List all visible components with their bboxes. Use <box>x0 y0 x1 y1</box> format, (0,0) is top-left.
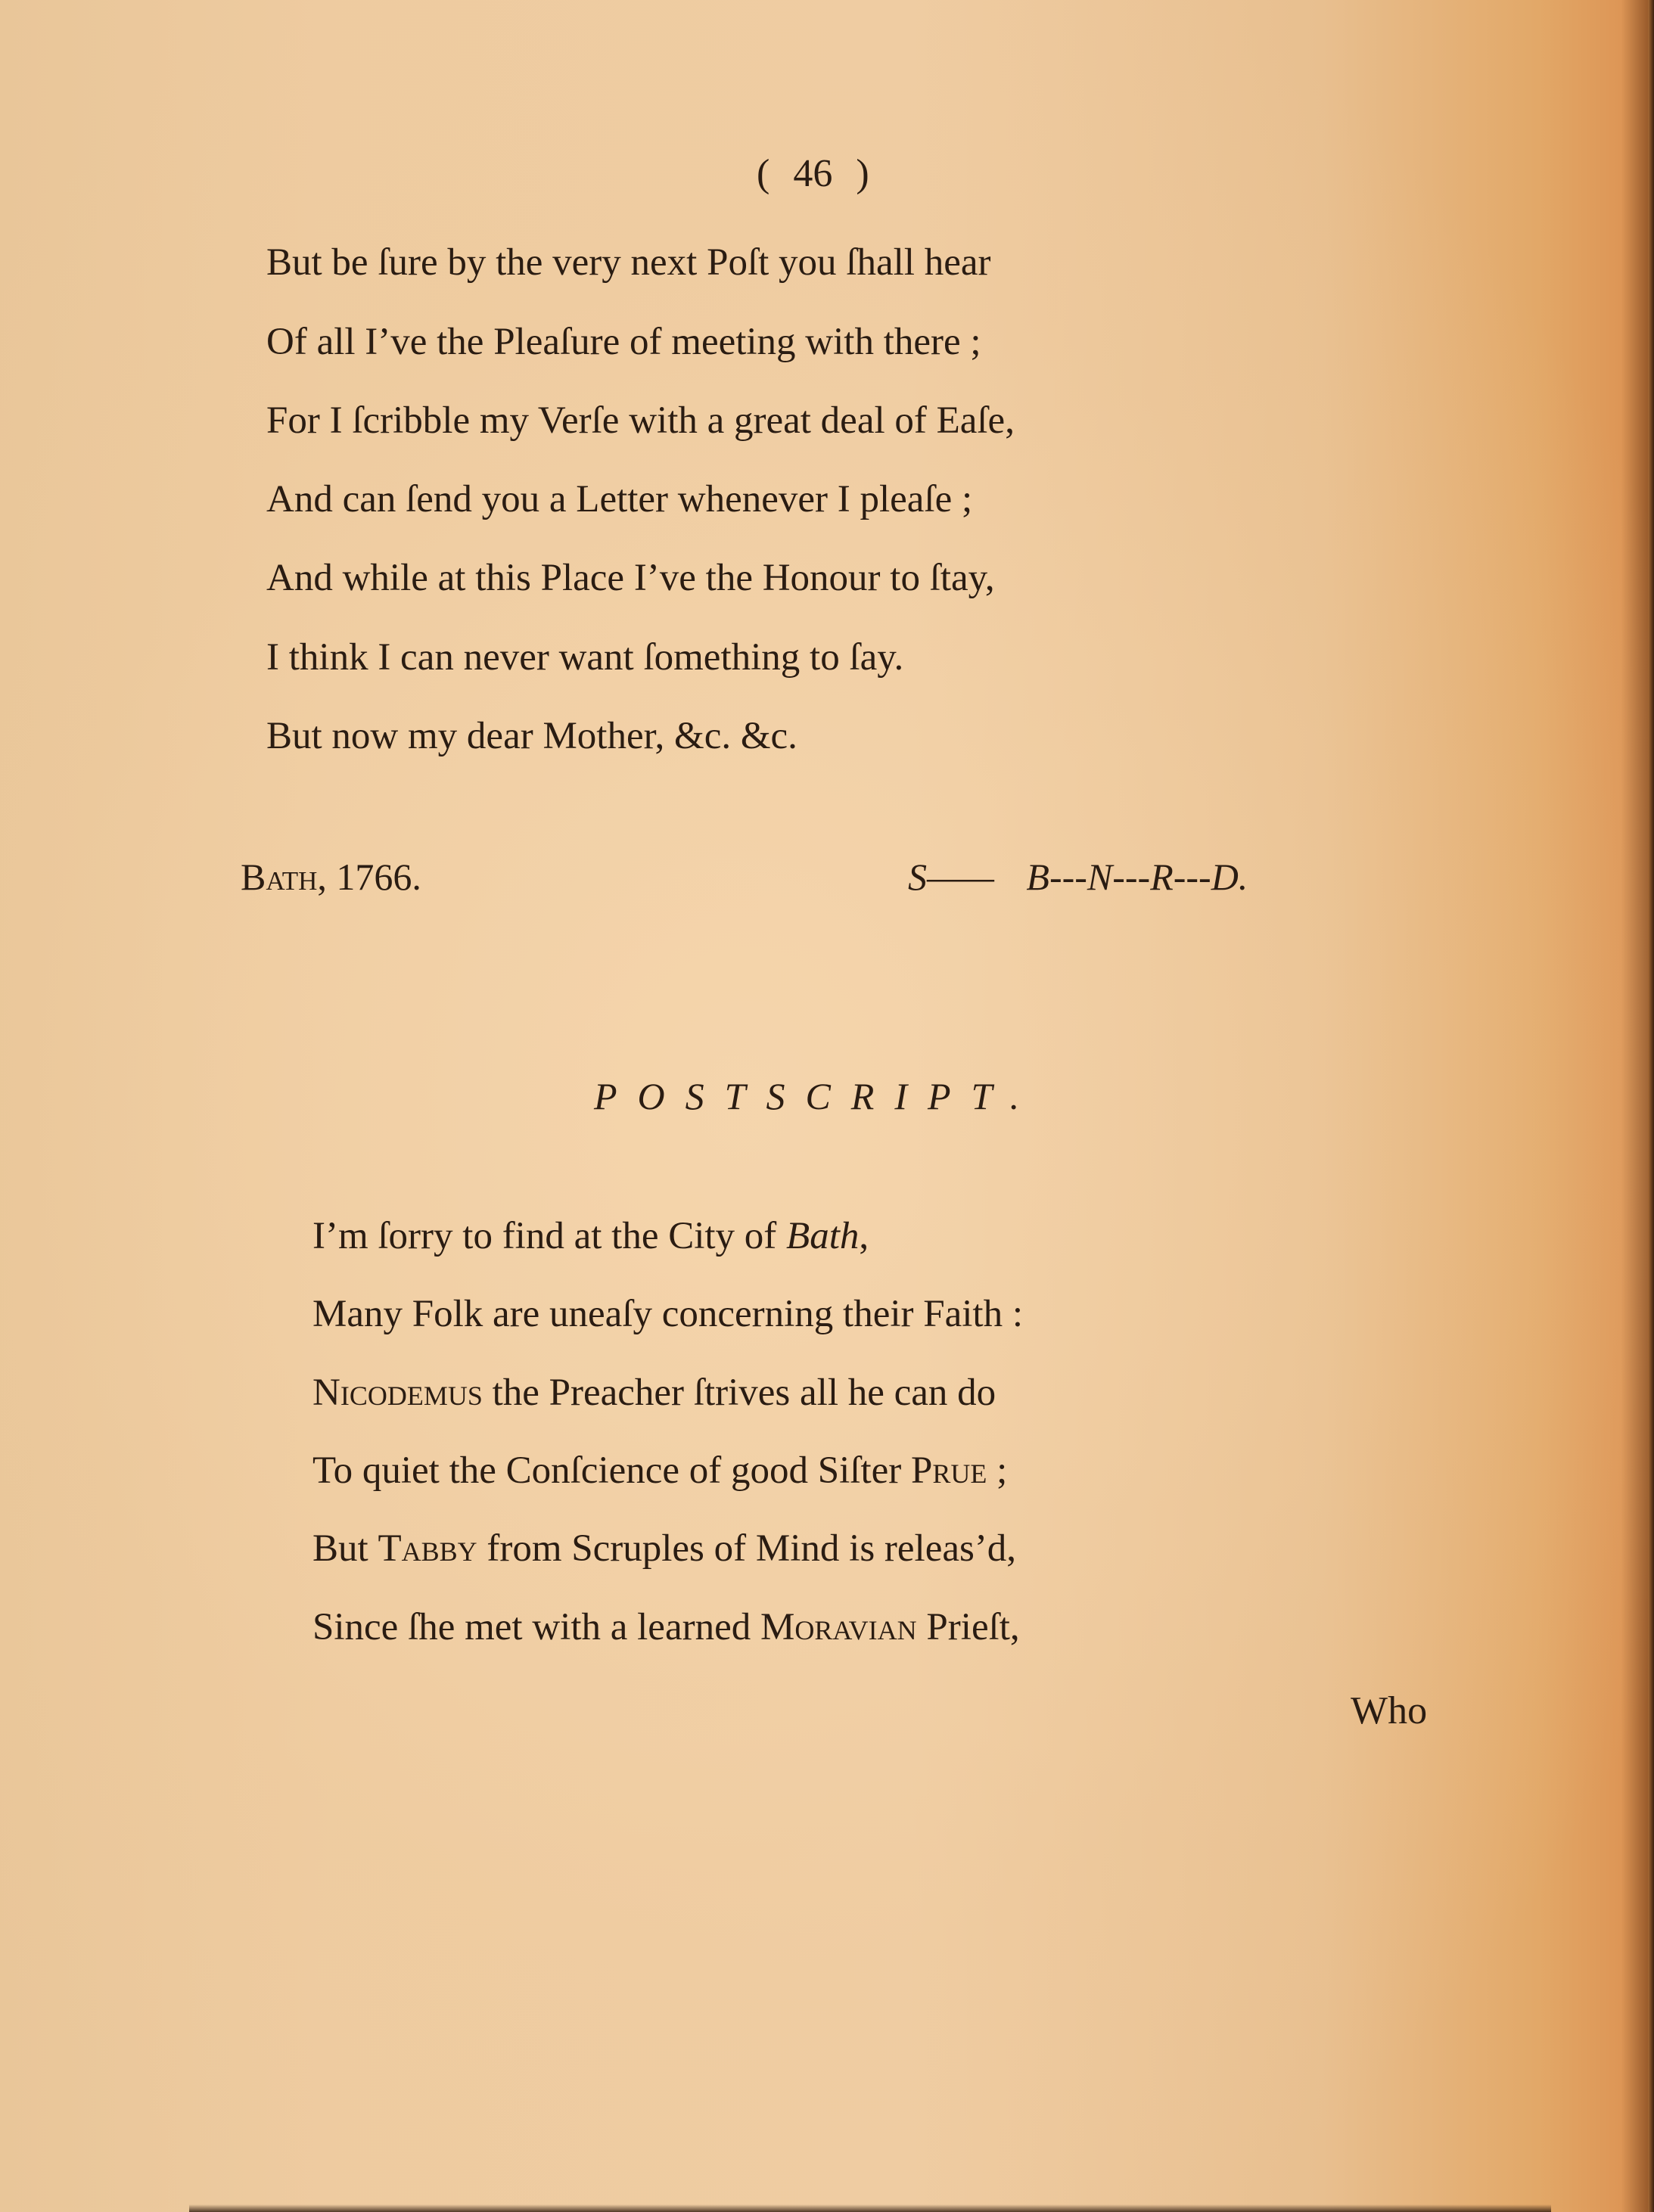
place-name-italic: Bath <box>786 1215 859 1257</box>
denomination-name: Moravian <box>760 1606 917 1648</box>
text-segment: Many Folk are uneaſy concerning their Fa… <box>312 1293 1023 1335</box>
dateline: Bath, 1766. <box>241 855 421 899</box>
verse-line-2: Of all I’ve the Pleaſure of meeting with… <box>266 320 981 364</box>
person-name: Nicodemus <box>312 1372 483 1414</box>
postscript-line-5: But Tabby from Scruples of Mind is relea… <box>312 1527 1016 1570</box>
catchword: Who <box>1351 1689 1427 1733</box>
page-edge <box>1648 0 1654 2212</box>
page-number: ( 46 ) <box>757 151 869 196</box>
person-name: Prue <box>911 1449 987 1492</box>
page-bottom-shadow <box>189 2204 1551 2212</box>
text-segment: ; <box>987 1449 1007 1492</box>
postscript-line-6: Since ſhe met with a learned Moravian Pr… <box>312 1605 1020 1649</box>
book-page: ( 46 ) But be ſure by the very next Poſt… <box>0 0 1654 2212</box>
postscript-heading: POSTSCRIPT. <box>594 1074 1040 1118</box>
dateline-year: 1766. <box>336 856 421 898</box>
text-segment: Since ſhe met with a learned <box>312 1606 760 1648</box>
text-segment: Prieſt, <box>917 1606 1020 1648</box>
text-segment: the Preacher ſtrives all he can do <box>483 1372 996 1414</box>
postscript-line-1: I’m ſorry to find at the City of Bath, <box>312 1214 869 1258</box>
person-name: Tabby <box>378 1527 477 1570</box>
text-segment: , <box>859 1215 869 1257</box>
dateline-place: Bath, <box>241 856 327 898</box>
text-segment: To quiet the Conſcience of good Siſter <box>312 1449 911 1492</box>
text-segment: But <box>312 1527 378 1570</box>
postscript-line-2: Many Folk are uneaſy concerning their Fa… <box>312 1292 1023 1336</box>
verse-line-3: For I ſcribble my Verſe with a great dea… <box>266 399 1015 443</box>
postscript-line-3: Nicodemus the Preacher ſtrives all he ca… <box>312 1371 996 1415</box>
verse-line-5: And while at this Place I’ve the Honour … <box>266 556 995 600</box>
verse-line-1: But be ſure by the very next Poſt you ſh… <box>266 241 990 284</box>
signature: S—— B---N---R---D. <box>908 855 1248 899</box>
text-segment: I’m ſorry to find at the City of <box>312 1215 786 1257</box>
verse-line-7: But now my dear Mother, &c. &c. <box>266 714 797 758</box>
postscript-line-4: To quiet the Conſcience of good Siſter P… <box>312 1449 1007 1493</box>
text-segment: from Scruples of Mind is releas’d, <box>477 1527 1016 1570</box>
verse-line-4: And can ſend you a Letter whenever I ple… <box>266 477 972 521</box>
verse-line-6: I think I can never want ſomething to ſa… <box>266 635 903 679</box>
